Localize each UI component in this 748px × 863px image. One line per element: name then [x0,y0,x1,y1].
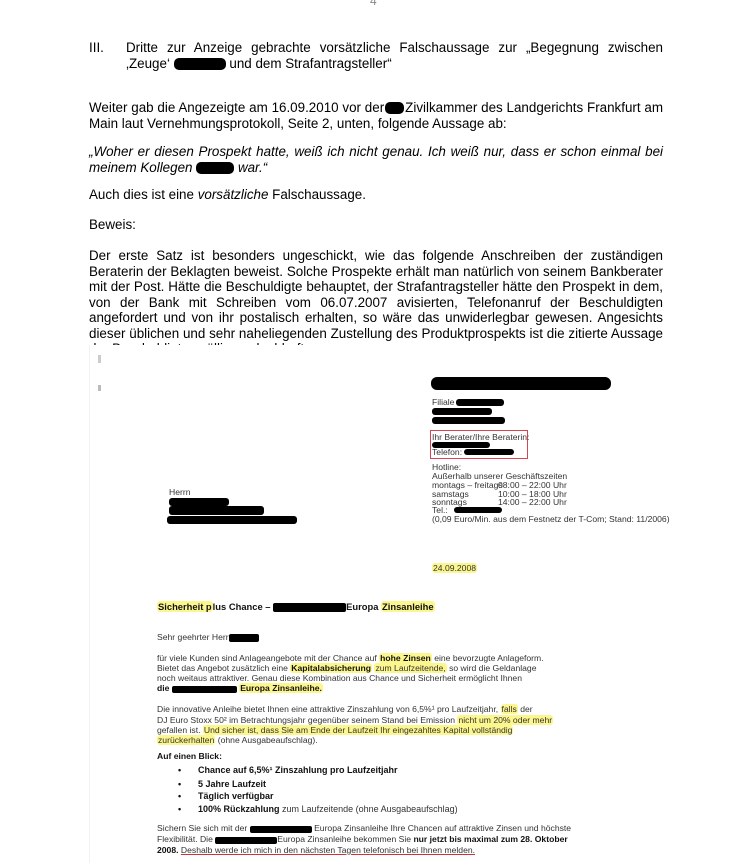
text: für viele Kunden sind Anlageangebote mit… [157,653,377,663]
text: gefallen ist. [157,725,200,735]
letter-body-line: Die innovative Anleihe bietet Ihnen eine… [157,704,533,715]
underlined-text: Deshalb werde ich mich in den nächsten T… [181,845,475,855]
text: Falschaussage. [272,187,366,202]
section-numeral: III. [89,40,104,56]
greeting: Sehr geehrter Herr [157,632,259,643]
letter-body-line: DJ Euro Stoxx 50² im Betrachtungsjahr ge… [157,715,553,726]
quoted-testimony: „Woher er diesen Prospekt hatte, weiß ic… [89,144,663,175]
advisor-label: Ihr Berater/Ihre Beraterin: [432,432,529,443]
text: die [157,683,169,693]
text: zum Laufzeitende (ohne Ausgabeaufschlag) [282,804,458,814]
text: so wird die Geldanlage [449,663,536,673]
letter-body-line: zurückerhalten (ohne Ausgabeaufschlag). [157,735,318,746]
text: Weiter gab die Angezeigte am 16.09.2010 … [89,100,384,115]
phone-label: Telefon: [432,447,462,458]
highlight: zurückerhalten [157,735,215,745]
letter-body-line: noch weitaus attraktiver. Genau diese Ko… [157,673,522,684]
highlight: Kapitalabsicherung [290,663,372,673]
redaction [174,58,226,70]
redaction [385,102,404,114]
bullet-item: •Täglich verfügbar [178,791,274,801]
section-title: Dritte zur Anzeige gebrachte vorsätzlich… [126,40,663,71]
hours-sunday-time: 14:00 – 22:00 Uhr [498,497,567,508]
glance-title: Auf einen Blick: [157,751,222,762]
redaction [454,507,502,513]
highlight: Europa Zinsanleihe. [239,683,323,693]
letter-closing-line: Sichern Sie sich mit der Europa Zinsanle… [157,823,571,834]
redaction [169,498,229,506]
redaction [167,516,297,524]
emphasis: 2008. [157,845,179,855]
redaction [229,634,259,642]
redaction [250,826,312,833]
text: Sehr geehrter Herr [157,632,229,642]
emphasis: nur jetzt bis maximal zum 28. Oktober [413,834,567,844]
text: Sichern Sie sich mit der [157,823,247,833]
paragraph-testimony-intro: Weiter gab die Angezeigte am 16.09.2010 … [89,100,663,131]
redaction [456,399,504,406]
redaction-bank-name [431,377,611,390]
paragraph-false-statement: Auch dies ist eine vorsätzliche Falschau… [89,187,663,203]
text: Flexibilität. Die [157,834,213,844]
tariff-note: (0,09 Euro/Min. aus dem Festnetz der T-C… [432,514,670,525]
redaction [464,449,514,455]
text: Die innovative Anleihe bietet Ihnen eine… [157,704,498,714]
redaction [273,603,346,612]
letter-body-line: Bietet das Angebot zusätzlich eine Kapit… [157,663,537,674]
emphasis: vorsätzliche [198,187,269,202]
highlight: Zinsanleihe [381,601,435,612]
date-highlight: 24.09.2008 [432,563,477,573]
text: Chance auf 6,5%¹ Zinszahlung pro Laufzei… [198,765,398,775]
text: der [520,704,532,714]
redaction [432,408,492,415]
text: (ohne Ausgabeaufschlag). [218,735,318,745]
letter-closing-line: Flexibilität. Die Europa Zinsanleihe bek… [157,834,568,845]
paragraph-argument: Der erste Satz ist besonders ungeschickt… [89,248,663,357]
scan-artifact [98,355,101,363]
page-number: 4 [370,0,377,8]
text: Täglich verfügbar [198,791,274,801]
text: war.“ [238,160,267,175]
highlight: Und sicher ist, dass Sie am Ende der Lau… [203,725,514,735]
bullet-item: •Chance auf 6,5%¹ Zinszahlung pro Laufze… [178,765,398,775]
scanned-letter: Filiale Ihr Berater/Ihre Beraterin: Tele… [89,345,725,863]
text: 100% Rückzahlung [198,804,280,814]
beweis-label: Beweis: [89,217,663,233]
section-title-part2: und dem Strafantragsteller“ [229,56,391,71]
redaction [172,686,237,693]
letter-subject: Sicherheit plus Chance – Europa Zinsanle… [157,602,435,613]
redaction [432,417,505,424]
text: „Woher er diesen Prospekt hatte, weiß ic… [89,144,663,175]
text: lus Chance – [213,601,271,612]
bullet-item: •100% Rückzahlung zum Laufzeitende (ohne… [178,804,458,814]
text: Europa [346,601,378,612]
highlight: falls [501,704,518,714]
letter-body-line: die Europa Zinsanleihe. [157,683,323,694]
text: Europa Zinsanleihe Ihre Chancen auf attr… [314,823,571,833]
scan-artifact [98,385,101,391]
text: Bietet das Angebot zusätzlich eine [157,663,288,673]
letter-body-line: gefallen ist. Und sicher ist, dass Sie a… [157,725,513,736]
letter-date: 24.09.2008 [432,563,477,574]
text: DJ Euro Stoxx 50² im Betrachtungsjahr ge… [157,715,455,725]
bullet-item: •5 Jahre Laufzeit [178,779,266,789]
redaction [215,837,277,844]
highlight: Sicherheit p [157,601,213,612]
text: 5 Jahre Laufzeit [198,779,266,789]
filiale-label: Filiale [432,397,454,408]
text: Europa Zinsanleihe bekommen Sie [277,834,411,844]
letter-closing-line: 2008. Deshalb werde ich mich in den näch… [157,845,475,856]
redaction [196,162,234,174]
highlight: nicht um 20% oder mehr [457,715,553,725]
highlight: hohe Zinsen [379,653,432,663]
highlight: zum Laufzeitende, [374,663,446,673]
text: eine bevorzugte Anlageform. [434,653,543,663]
letter-body-line: für viele Kunden sind Anlageangebote mit… [157,653,544,664]
recipient-salutation: Herrn [169,487,191,498]
redaction [169,506,264,515]
text: Auch dies ist eine [89,187,194,202]
